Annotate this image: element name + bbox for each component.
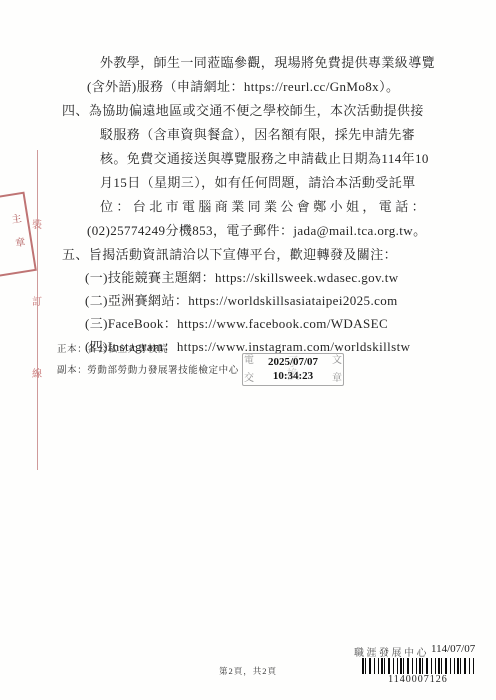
exchange-stamp-datetime: 子 換 2025/07/07 10:34:23 xyxy=(255,354,331,385)
body-text-line: 五、旨揭活動資訊請洽以下宣傳平台，歡迎轉發及關注： xyxy=(62,244,397,263)
distribution-original: 正本：各公私立大專校院 xyxy=(57,341,168,355)
body-text-line: 位：台北市電腦商業同業公會鄭小姐，電話： xyxy=(100,196,428,215)
edge-seal-char: 主 xyxy=(11,214,22,225)
body-text-line: (一)技能競賽主題網：https://skillsweek.wdasec.gov… xyxy=(85,267,399,286)
body-text-line: (二)亞洲賽網站：https://worldskillsasiataipei20… xyxy=(85,290,398,309)
electronic-exchange-stamp: 電 交 子 換 2025/07/07 10:34:23 文 章 xyxy=(242,353,344,386)
exchange-stamp-char: 章 xyxy=(332,373,342,384)
binding-line-char: 裝 xyxy=(31,221,43,231)
receipt-stamp-office: 職涯發展中心 xyxy=(354,644,429,659)
body-text-line: (02)25774249分機853，電子郵件：jada@mail.tca.org… xyxy=(87,220,426,239)
edge-seal-char: 章 xyxy=(15,238,26,249)
exchange-stamp-left-chars: 電 交 xyxy=(243,354,255,385)
body-text-line: 月15日（星期三），如有任何問題，請洽本活動受託單 xyxy=(100,172,416,191)
binding-line-char: 線 xyxy=(31,370,43,380)
exchange-stamp-char: 交 xyxy=(244,373,254,384)
barcode xyxy=(362,658,474,674)
exchange-stamp-watermark-char: 換 xyxy=(286,368,299,382)
receipt-stamp-date: 114/07/07 xyxy=(431,643,475,655)
exchange-stamp-right-chars: 文 章 xyxy=(331,354,343,385)
body-text-line: 四、為協助偏遠地區或交通不便之學校師生，本次活動提供接 xyxy=(62,100,424,119)
distribution-copy: 副本：勞動部勞動力發展署技能檢定中心 xyxy=(57,362,239,376)
binding-line-char: 訂 xyxy=(31,298,43,308)
barcode-number: 1140007126 xyxy=(358,674,478,685)
body-text-line: 駁服務（含車資與餐盒），因名額有限，採先申請先審 xyxy=(100,124,415,143)
body-text-line: (三)FaceBook：https://www.facebook.com/WDA… xyxy=(85,313,388,332)
exchange-stamp-char: 文 xyxy=(332,355,342,366)
body-text-line: 核。免費交通接送與導覽服務之申請截止日期為114年10 xyxy=(100,148,429,167)
body-text-line: 外教學，師生一同蒞臨參觀，現場將免費提供專業級導覽 xyxy=(100,52,435,71)
binding-line xyxy=(37,150,38,470)
body-text-line: (含外語)服務（申請網址：https://reurl.cc/GnMo8x）。 xyxy=(87,76,399,95)
edge-seal-stamp: 主 章 xyxy=(0,192,37,281)
exchange-stamp-char: 電 xyxy=(244,355,254,366)
page-number-label: 第2頁，共2頁 xyxy=(219,665,277,677)
scanned-official-letter-page: 裝 訂 線 主 章 外教學，師生一同蒞臨參觀，現場將免費提供專業級導覽 (含外語… xyxy=(0,0,496,700)
